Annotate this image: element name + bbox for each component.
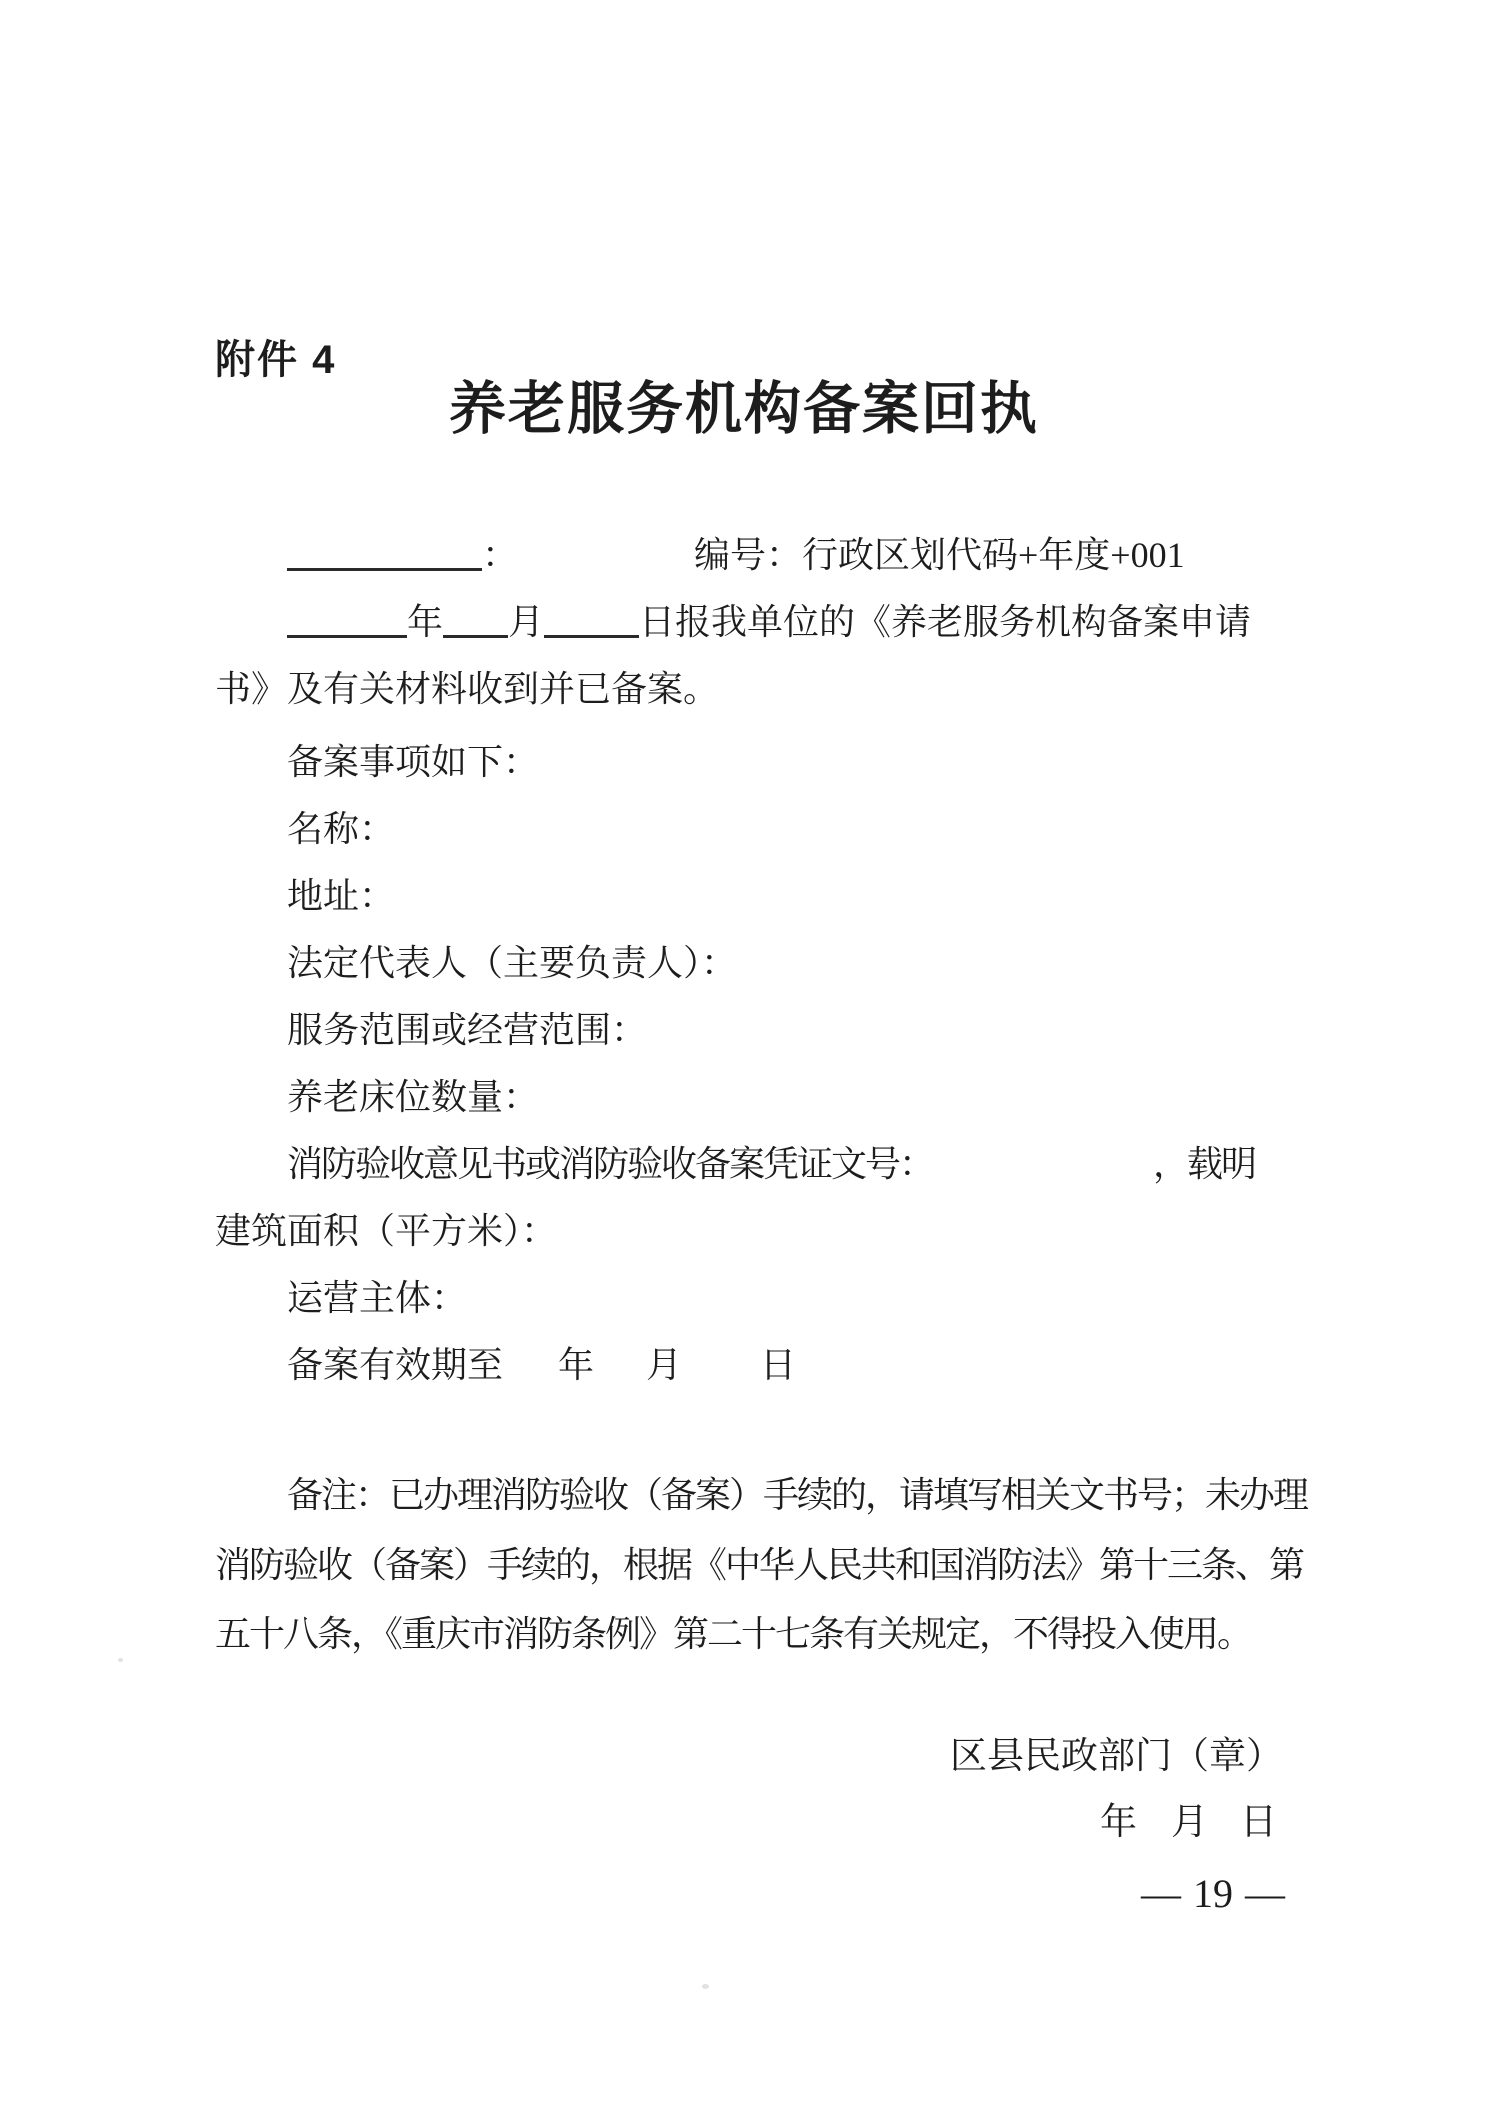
- filing-date-line: 年月日报我单位的《养老服务机构备案申请: [215, 598, 1300, 646]
- recipient-blank-line: [287, 541, 482, 571]
- signature-year-unit: 年: [1100, 1802, 1137, 1843]
- items-heading: 备案事项如下：: [215, 738, 1300, 786]
- remark-line-1: 备注：已办理消防验收（备案）手续的，请填写相关文书号；未办理: [215, 1471, 1300, 1519]
- date-sentence-tail: 日报我单位的《养老服务机构备案申请: [639, 602, 1251, 642]
- remark-line-3: 五十八条，《重庆市消防条例》第二十七条有关规定，不得投入使用。: [215, 1610, 1300, 1658]
- month-blank-line: [443, 608, 508, 638]
- validity-prefix: 备案有效期至: [287, 1345, 503, 1385]
- field-fire-document-line: 消防验收意见书或消防验收备案凭证文号：，载明: [215, 1140, 1300, 1188]
- field-operator: 运营主体：: [215, 1274, 1300, 1322]
- page-number-value: 19: [1181, 1871, 1245, 1916]
- document-page: 附件 4 养老服务机构备案回执 ： 编号：行政区划代码+年度+001 年月日报我…: [0, 0, 1488, 2104]
- remark-line-2: 消防验收（备案）手续的，根据《中华人民共和国消防法》第十三条、第: [215, 1541, 1300, 1589]
- field-service-scope: 服务范围或经营范围：: [215, 1006, 1300, 1054]
- serial-number: 编号：行政区划代码+年度+001: [694, 531, 1185, 579]
- date-sentence-continuation: 书》及有关材料收到并已备案。: [215, 665, 1300, 713]
- recipient-serial-line: ： 编号：行政区划代码+年度+001: [215, 531, 1300, 579]
- signature-month-unit: 月: [1171, 1802, 1208, 1843]
- scan-speckle: [118, 1658, 123, 1662]
- attachment-label: 附件 4: [215, 328, 336, 385]
- day-blank-line: [544, 608, 639, 638]
- page-number: —19—: [1141, 1871, 1285, 1917]
- field-name: 名称：: [215, 805, 1300, 853]
- page-number-dash-left: —: [1141, 1871, 1181, 1916]
- validity-month-unit: 月: [646, 1345, 682, 1385]
- validity-day-unit: 日: [760, 1345, 796, 1385]
- signature-day-unit: 日: [1240, 1802, 1277, 1843]
- page-number-dash-right: —: [1245, 1871, 1285, 1916]
- field-bed-count: 养老床位数量：: [215, 1073, 1300, 1121]
- scan-speckle: [702, 1984, 709, 1989]
- recipient-colon: ：: [482, 535, 518, 575]
- field-address: 地址：: [215, 872, 1300, 920]
- year-blank-line: [287, 608, 407, 638]
- year-unit: 年: [407, 602, 443, 642]
- signature-date-line: 年月日: [1100, 1799, 1277, 1847]
- field-fire-document-continuation: 建筑面积（平方米）：: [215, 1207, 1300, 1255]
- signature-authority: 区县民政部门（章）: [950, 1733, 1283, 1781]
- validity-year-unit: 年: [558, 1345, 594, 1385]
- field-legal-representative: 法定代表人（主要负责人）：: [215, 939, 1300, 987]
- document-title: 养老服务机构备案回执: [0, 378, 1488, 442]
- month-unit: 月: [508, 602, 544, 642]
- field-fire-document: 消防验收意见书或消防验收备案凭证文号：: [287, 1144, 933, 1184]
- validity-line: 备案有效期至年月日: [215, 1341, 1300, 1389]
- field-fire-document-tail: ，载明: [1153, 1144, 1255, 1184]
